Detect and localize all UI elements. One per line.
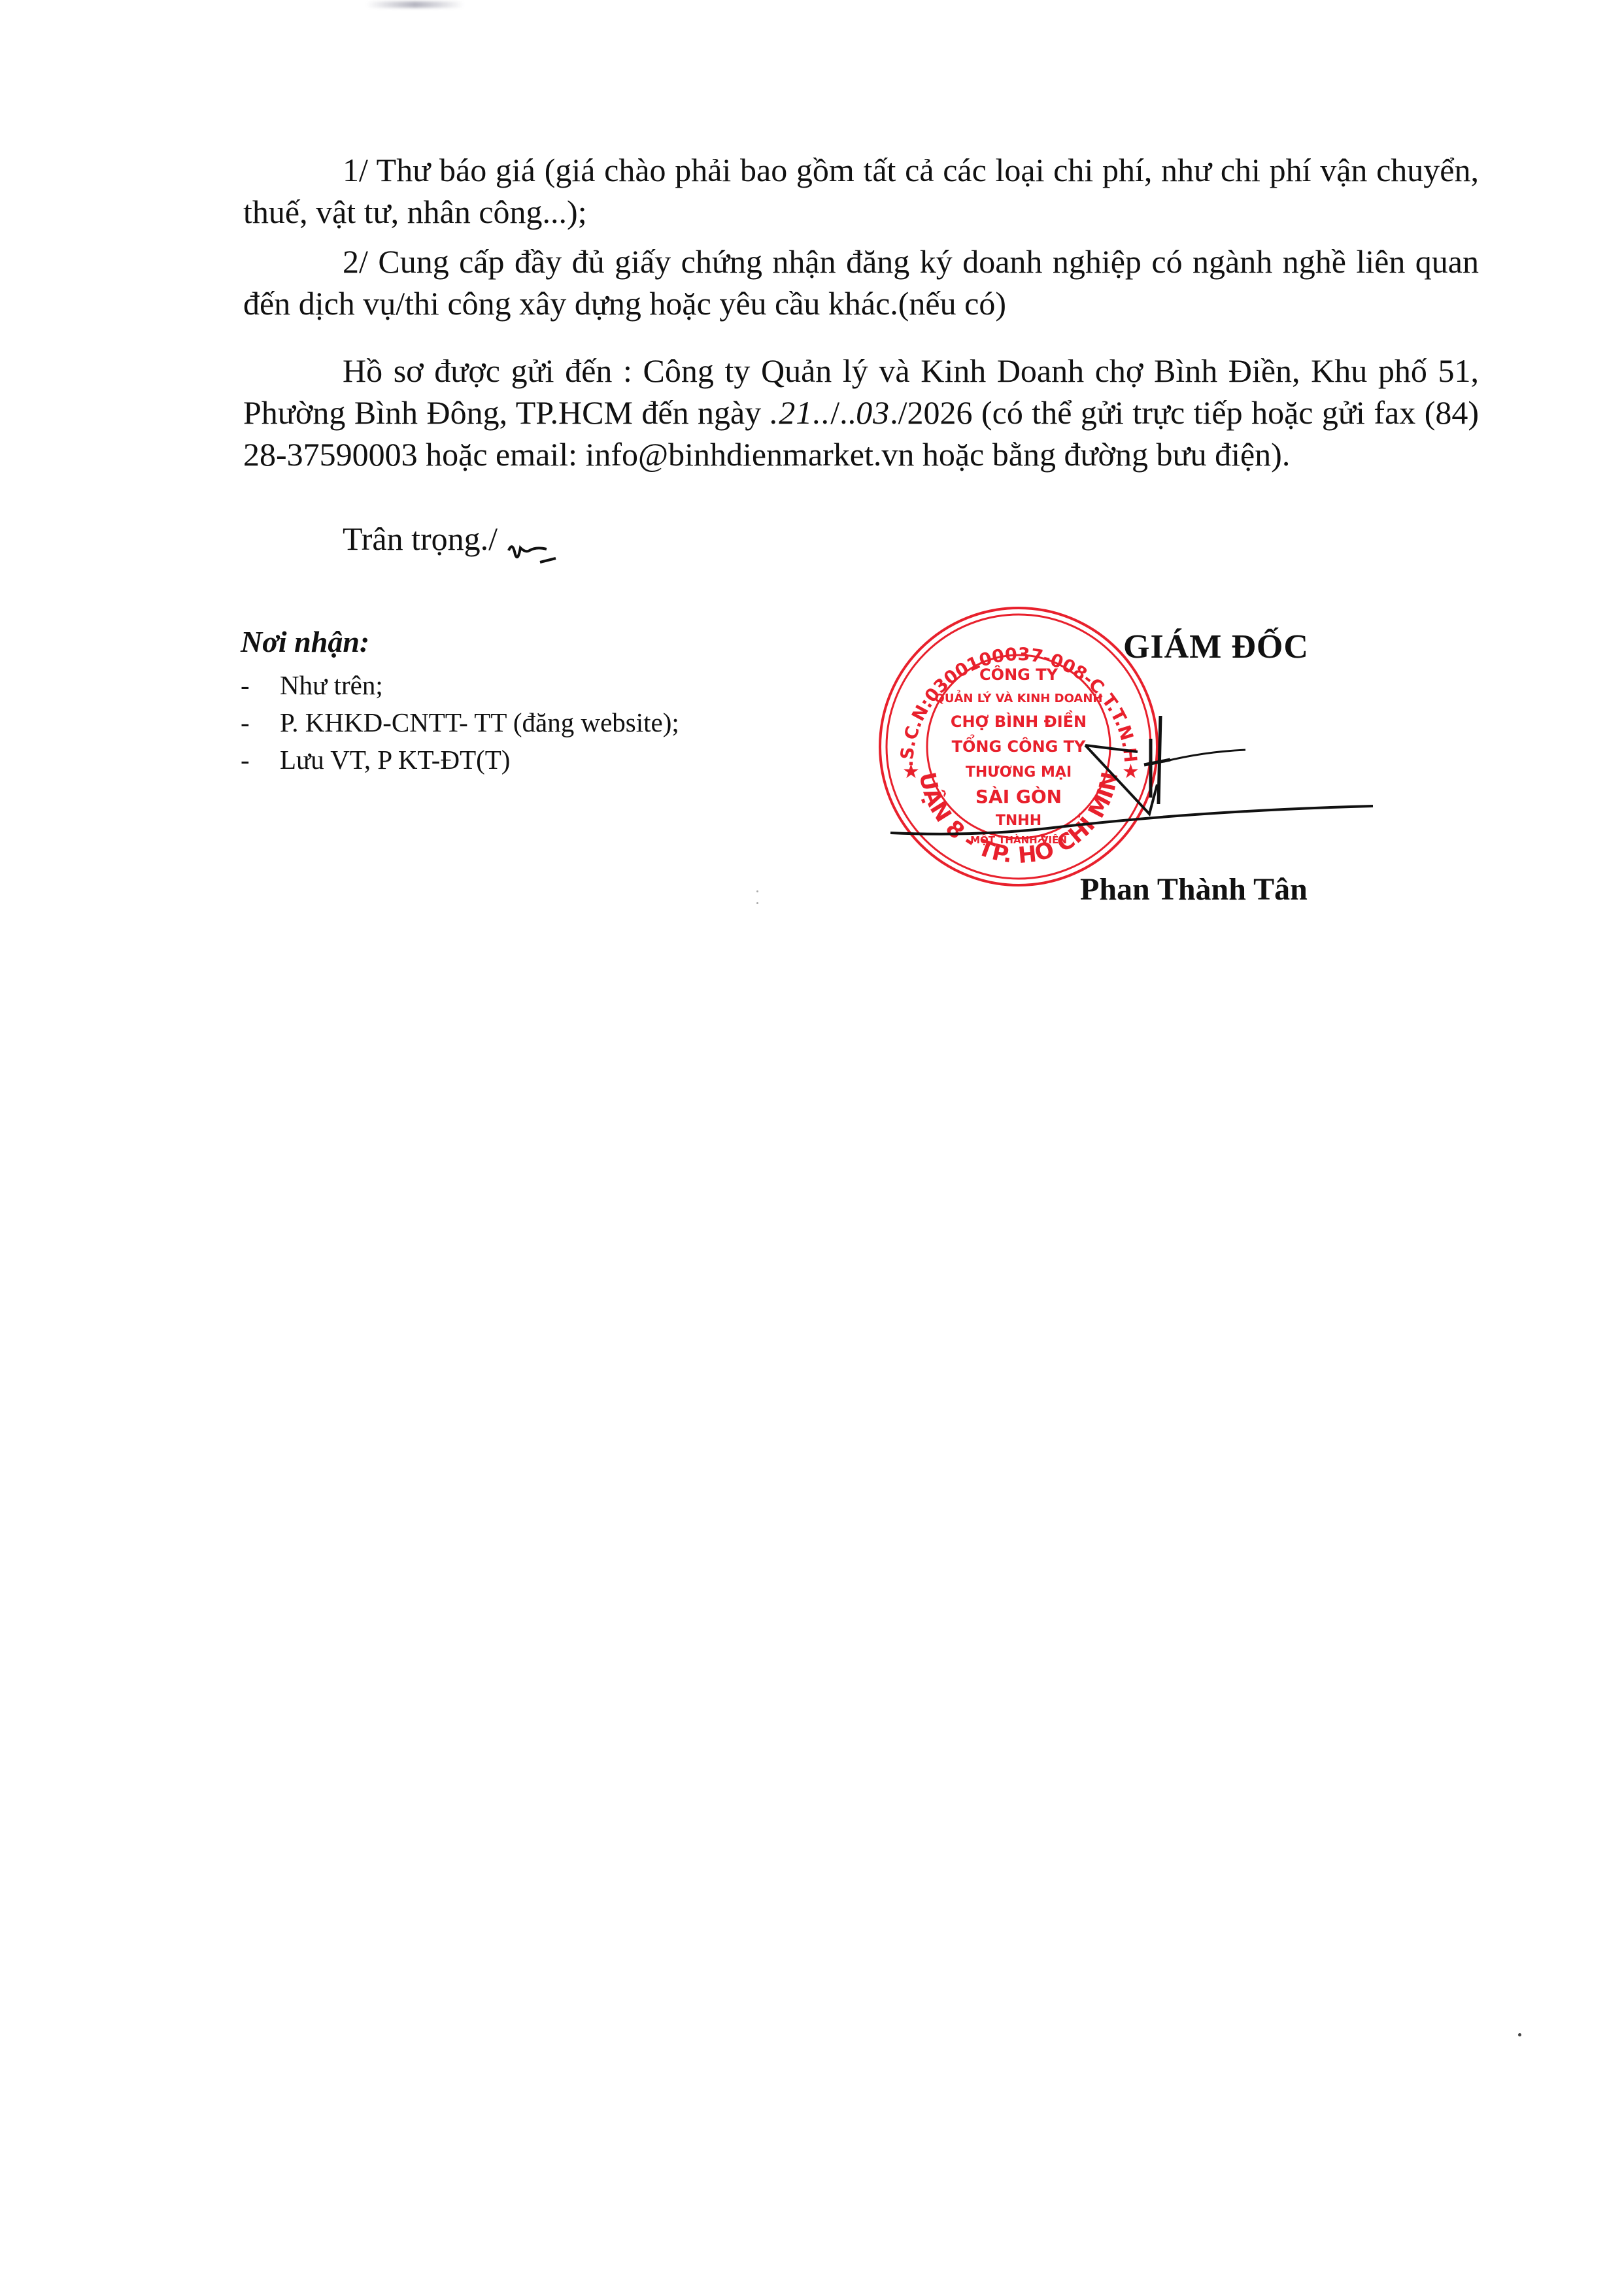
- scan-speck: [756, 902, 758, 904]
- recipients-block: Nơi nhận: -Như trên; -P. KHKD-CNTT- TT (…: [241, 624, 679, 779]
- signatory-name: Phan Thành Tân: [1080, 871, 1308, 907]
- handwritten-initials-icon: [506, 536, 565, 569]
- handwritten-date-month: 03: [856, 394, 890, 431]
- closing-text: Trân trọng./: [343, 520, 498, 558]
- recipients-title: Nơi nhận:: [241, 624, 679, 659]
- recipient-item: -P. KHKD-CNTT- TT (đăng website);: [241, 704, 679, 741]
- requirement-item-2: 2/ Cung cấp đầy đủ giấy chứng nhận đăng …: [243, 241, 1479, 324]
- recipient-item: -Lưu VT, P KT-ĐT(T): [241, 741, 679, 779]
- scan-speck: [756, 890, 758, 892]
- scan-speck: [1518, 2033, 1521, 2036]
- scan-artifact: [366, 1, 464, 8]
- handwritten-date-day: .21..: [770, 394, 831, 431]
- recipient-item: -Như trên;: [241, 667, 679, 704]
- requirement-item-1: 1/ Thư báo giá (giá chào phải bao gồm tấ…: [243, 149, 1479, 233]
- submission-paragraph: Hồ sơ được gửi đến : Công ty Quản lý và …: [243, 350, 1479, 475]
